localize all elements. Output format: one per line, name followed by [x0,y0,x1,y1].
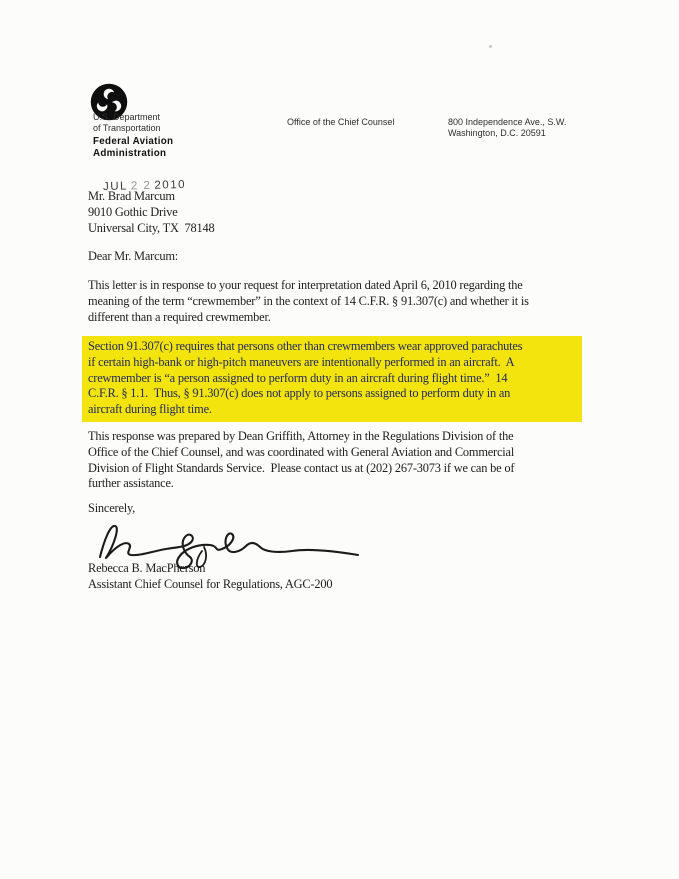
agency-line2: Administration [93,148,166,159]
department-line2: of Transportation [93,123,161,133]
letter-page: U.S. Departmentof Transportation Federal… [0,0,679,879]
signer-title: Assistant Chief Counsel for Regulations,… [88,577,332,593]
highlighted-paragraph: Section 91.307(c) requires that persons … [82,336,582,422]
agency-name: Federal AviationAdministration [93,136,173,159]
office-address: 800 Independence Ave., S.W.Washington, D… [448,117,566,138]
closing-paragraph: This response was prepared by Dean Griff… [88,429,514,492]
recipient-address: Mr. Brad Marcum 9010 Gothic Drive Univer… [88,189,214,236]
address-line2: Washington, D.C. 20591 [448,128,546,138]
office-name: Office of the Chief Counsel [287,117,394,127]
complimentary-close: Sincerely, [88,501,135,517]
agency-line1: Federal Aviation [93,136,173,147]
department-line1: U.S. Department [93,112,160,122]
salutation: Dear Mr. Marcum: [88,249,178,265]
scan-speck [489,45,492,48]
intro-paragraph: This letter is in response to your reque… [88,278,529,325]
signer-name: Rebecca B. MacPherson [88,561,205,577]
department-name: U.S. Departmentof Transportation [93,112,161,134]
address-line1: 800 Independence Ave., S.W. [448,117,566,127]
